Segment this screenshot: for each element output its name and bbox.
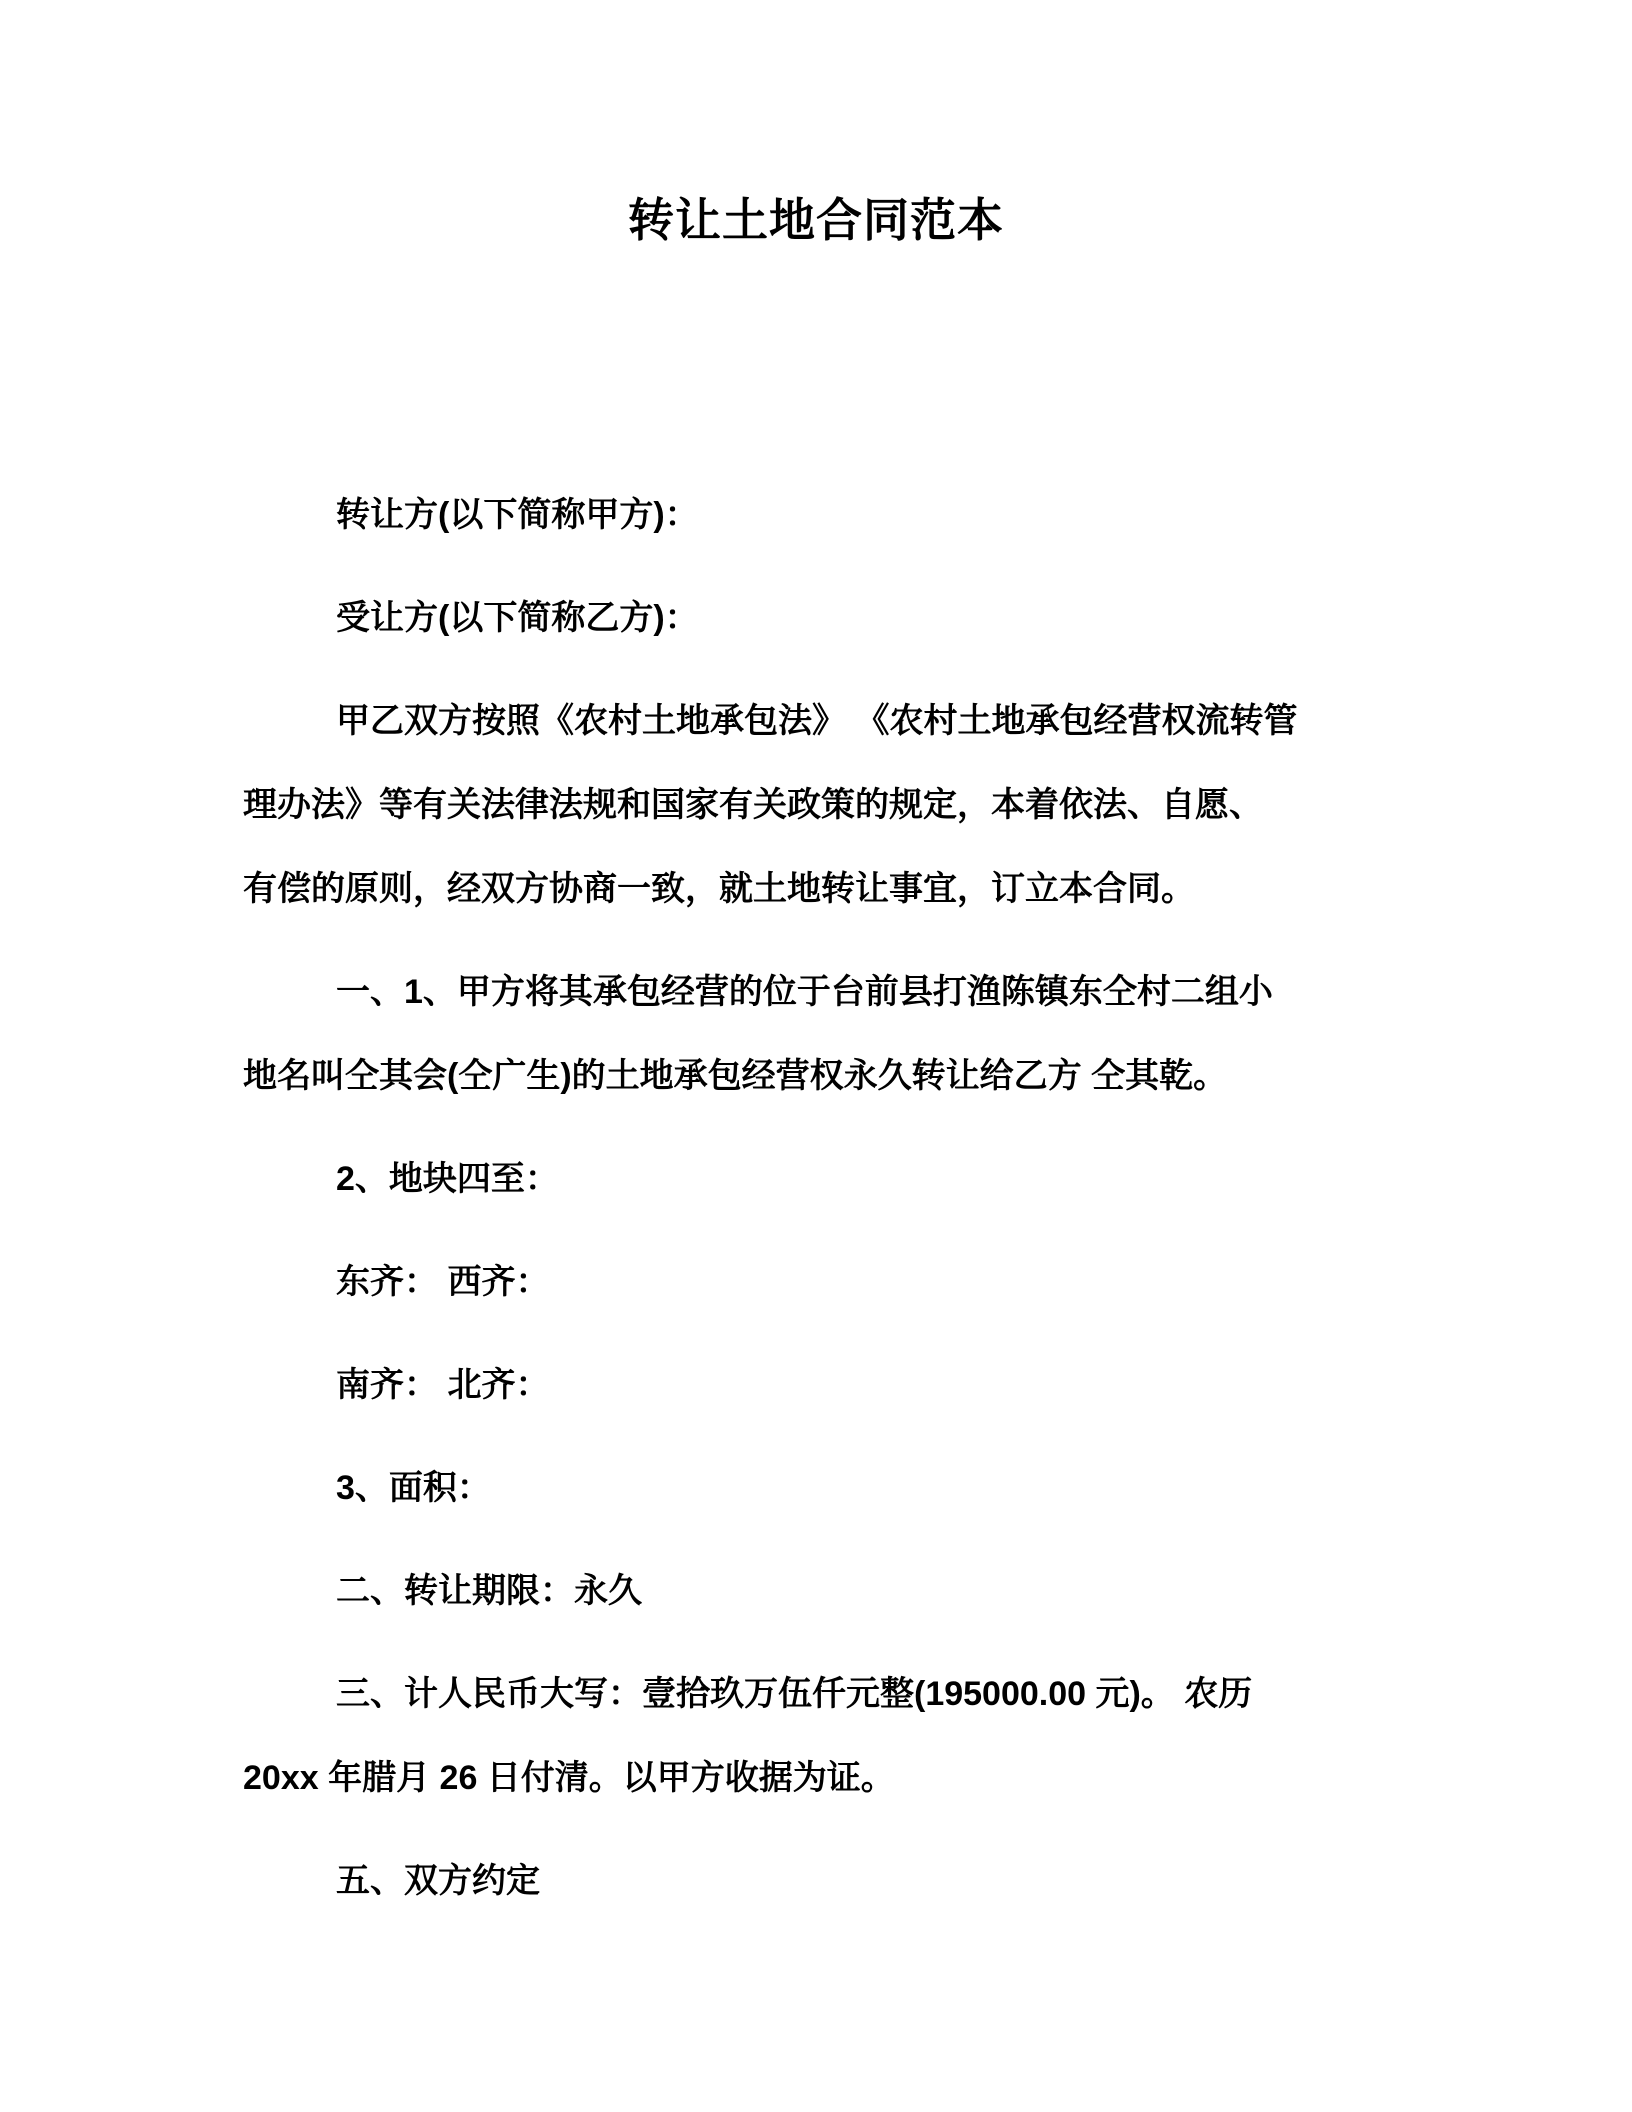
- text-line: 一、1、甲方将其承包经营的位于台前县打渔陈镇东仝村二组小: [243, 950, 1389, 1034]
- text-line: 3、面积：: [243, 1446, 1389, 1530]
- text-line: 20xx 年腊月 26 日付清。以甲方收据为证。: [243, 1736, 1389, 1820]
- document-body: 转让方(以下简称甲方)：受让方(以下简称乙方)：甲乙双方按照《农村土地承包法》 …: [243, 473, 1389, 1923]
- paragraph: 3、面积：: [243, 1446, 1389, 1530]
- text-line: 理办法》等有关法律法规和国家有关政策的规定，本着依法、自愿、: [243, 763, 1389, 847]
- text-line: 三、计人民币大写：壹拾玖万伍仟元整(195000.00 元)。 农历: [243, 1652, 1389, 1736]
- paragraph: 2、地块四至：: [243, 1137, 1389, 1221]
- text-line: 甲乙双方按照《农村土地承包法》 《农村土地承包经营权流转管: [243, 679, 1389, 763]
- text-line: 有偿的原则，经双方协商一致，就土地转让事宜，订立本合同。: [243, 847, 1389, 931]
- paragraph: 受让方(以下简称乙方)：: [243, 576, 1389, 660]
- paragraph: 五、双方约定: [243, 1839, 1389, 1923]
- paragraph: 甲乙双方按照《农村土地承包法》 《农村土地承包经营权流转管理办法》等有关法律法规…: [243, 679, 1389, 931]
- text-line: 五、双方约定: [243, 1839, 1389, 1923]
- document-title: 转让土地合同范本: [243, 190, 1389, 250]
- paragraph: 东齐： 西齐：: [243, 1240, 1389, 1324]
- text-line: 东齐： 西齐：: [243, 1240, 1389, 1324]
- document-content: 转让土地合同范本 转让方(以下简称甲方)：受让方(以下简称乙方)：甲乙双方按照《…: [0, 0, 1632, 1923]
- text-line: 地名叫仝其会(仝广生)的土地承包经营权永久转让给乙方 仝其乾。: [243, 1034, 1389, 1118]
- text-line: 受让方(以下简称乙方)：: [243, 576, 1389, 660]
- text-line: 2、地块四至：: [243, 1137, 1389, 1221]
- paragraph: 一、1、甲方将其承包经营的位于台前县打渔陈镇东仝村二组小地名叫仝其会(仝广生)的…: [243, 950, 1389, 1118]
- text-line: 转让方(以下简称甲方)：: [243, 473, 1389, 557]
- paragraph: 转让方(以下简称甲方)：: [243, 473, 1389, 557]
- paragraph: 三、计人民币大写：壹拾玖万伍仟元整(195000.00 元)。 农历20xx 年…: [243, 1652, 1389, 1820]
- text-line: 二、转让期限：永久: [243, 1549, 1389, 1633]
- paragraph: 二、转让期限：永久: [243, 1549, 1389, 1633]
- paragraph: 南齐： 北齐：: [243, 1343, 1389, 1427]
- document-page: 转让土地合同范本 转让方(以下简称甲方)：受让方(以下简称乙方)：甲乙双方按照《…: [0, 0, 1632, 2112]
- text-line: 南齐： 北齐：: [243, 1343, 1389, 1427]
